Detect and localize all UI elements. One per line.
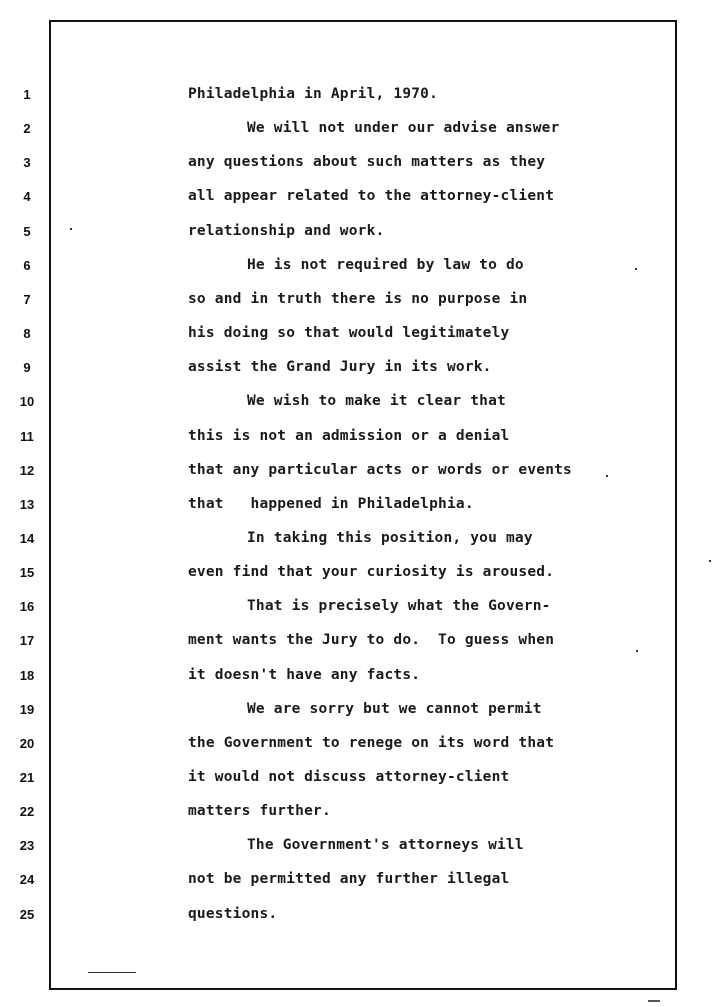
line-number: 14	[12, 531, 42, 546]
transcript-line: questions.	[188, 906, 277, 922]
line-number: 24	[12, 872, 42, 887]
line-number: 23	[12, 838, 42, 853]
transcript-line: assist the Grand Jury in its work.	[188, 359, 492, 375]
transcript-line: any questions about such matters as they	[188, 154, 545, 170]
scan-speck	[606, 475, 608, 477]
transcript-line: it doesn't have any facts.	[188, 667, 420, 683]
scan-speck	[709, 560, 711, 562]
line-number: 15	[12, 565, 42, 580]
line-number: 10	[12, 394, 42, 409]
line-number: 3	[12, 155, 42, 170]
transcript-line: even find that your curiosity is aroused…	[188, 564, 554, 580]
line-number: 18	[12, 668, 42, 683]
transcript-line: That is precisely what the Govern-	[247, 598, 551, 614]
line-number: 17	[12, 633, 42, 648]
transcript-line: The Government's attorneys will	[247, 837, 524, 853]
scan-speck	[636, 650, 638, 652]
transcript-line: ment wants the Jury to do. To guess when	[188, 632, 554, 648]
transcript-line: not be permitted any further illegal	[188, 871, 509, 887]
line-number: 6	[12, 258, 42, 273]
transcript-line: the Government to renege on its word tha…	[188, 735, 554, 751]
transcript-line: all appear related to the attorney-clien…	[188, 188, 554, 204]
transcript-line: We will not under our advise answer	[247, 120, 560, 136]
line-number: 7	[12, 292, 42, 307]
page-number-mark	[648, 1000, 660, 1002]
line-number: 25	[12, 907, 42, 922]
transcript-line: this is not an admission or a denial	[188, 428, 509, 444]
scan-speck	[70, 228, 72, 230]
line-number: 9	[12, 360, 42, 375]
line-number: 13	[12, 497, 42, 512]
line-number: 19	[12, 702, 42, 717]
transcript-line: He is not required by law to do	[247, 257, 524, 273]
footer-rule	[88, 972, 136, 973]
transcript-line: that happened in Philadelphia.	[188, 496, 474, 512]
line-number: 22	[12, 804, 42, 819]
line-number: 8	[12, 326, 42, 341]
line-number: 12	[12, 463, 42, 478]
line-number-column: 1234567891011121314151617181920212223242…	[0, 0, 44, 1007]
transcript-line: In taking this position, you may	[247, 530, 533, 546]
transcript-line: his doing so that would legitimately	[188, 325, 509, 341]
scan-speck	[635, 268, 637, 270]
transcript-line: We are sorry but we cannot permit	[247, 701, 542, 717]
line-number: 20	[12, 736, 42, 751]
transcript-line: it would not discuss attorney-client	[188, 769, 509, 785]
transcript-line: relationship and work.	[188, 223, 384, 239]
line-number: 11	[12, 429, 42, 444]
line-number: 16	[12, 599, 42, 614]
transcript-line: that any particular acts or words or eve…	[188, 462, 572, 478]
transcript-line: matters further.	[188, 803, 331, 819]
line-number: 5	[12, 224, 42, 239]
transcript-line: We wish to make it clear that	[247, 393, 506, 409]
line-number: 1	[12, 87, 42, 102]
line-number: 21	[12, 770, 42, 785]
transcript-line: Philadelphia in April, 1970.	[188, 86, 438, 102]
transcript-line: so and in truth there is no purpose in	[188, 291, 527, 307]
line-number: 4	[12, 189, 42, 204]
line-number: 2	[12, 121, 42, 136]
